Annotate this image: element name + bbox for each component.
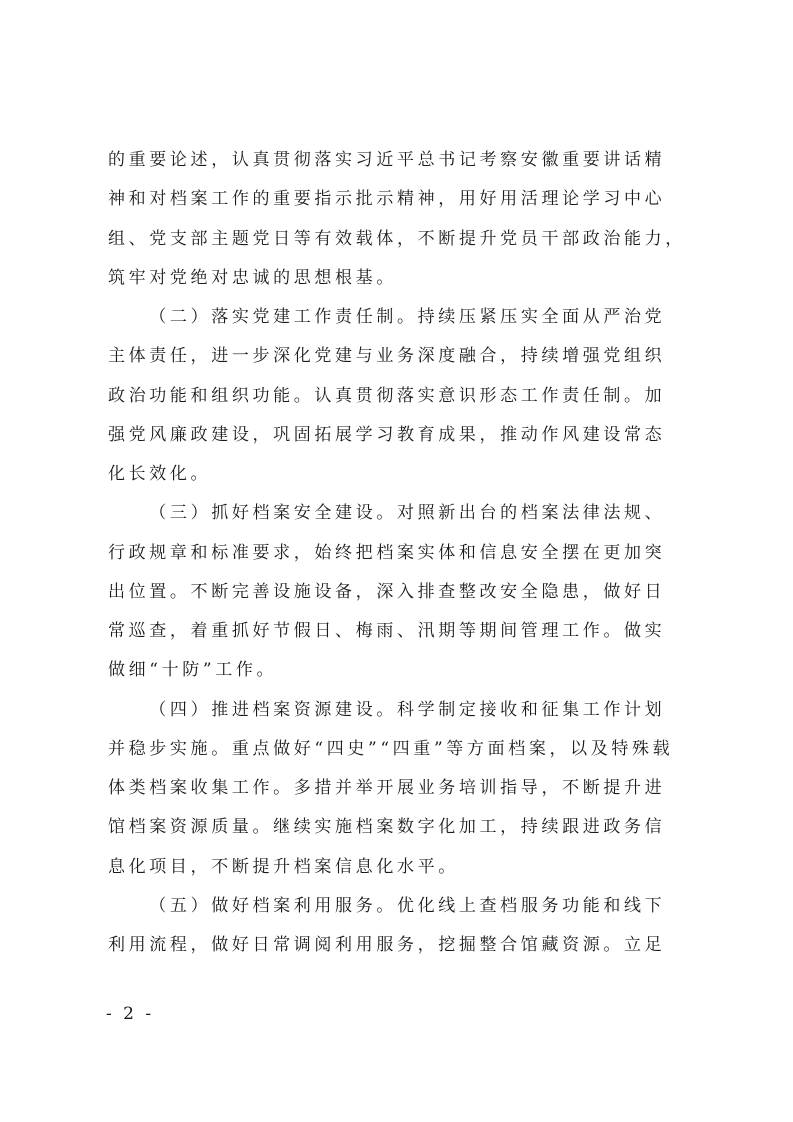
text-line: 化长效化。 bbox=[108, 455, 708, 494]
text-line: 行政规章和标准要求，始终把档案实体和信息安全摆在更加突 bbox=[108, 534, 708, 573]
paragraph-4-archive-resources: （四）推进档案资源建设。科学制定接收和征集工作计划 并稳步实施。重点做好“四史”… bbox=[108, 691, 708, 887]
text-line: 的重要论述，认真贯彻落实习近平总书记考察安徽重要讲话精 bbox=[108, 141, 708, 180]
paragraph-5-archive-services: （五）做好档案利用服务。优化线上查档服务功能和线下 利用流程，做好日常调阅利用服… bbox=[108, 887, 708, 966]
text-line: 强党风廉政建设，巩固拓展学习教育成果，推动作风建设常态 bbox=[108, 416, 708, 455]
text-line: 体类档案收集工作。多措并举开展业务培训指导，不断提升进 bbox=[108, 769, 708, 808]
text-line: 神和对档案工作的重要指示批示精神，用好用活理论学习中心 bbox=[108, 180, 708, 219]
text-line: 政治功能和组织功能。认真贯彻落实意识形态工作责任制。加 bbox=[108, 377, 708, 416]
page-number: - 2 - bbox=[106, 1004, 154, 1024]
text-line: （四）推进档案资源建设。科学制定接收和征集工作计划 bbox=[108, 691, 708, 730]
text-line: 馆档案资源质量。继续实施档案数字化加工，持续跟进政务信 bbox=[108, 808, 708, 847]
text-line: （二）落实党建工作责任制。持续压紧压实全面从严治党 bbox=[108, 298, 708, 337]
body-text: 的重要论述，认真贯彻落实习近平总书记考察安徽重要讲话精 神和对档案工作的重要指示… bbox=[108, 141, 708, 965]
text-line: 筑牢对党绝对忠诚的思想根基。 bbox=[108, 259, 708, 298]
text-line: 息化项目，不断提升档案信息化水平。 bbox=[108, 848, 708, 887]
paragraph-3-archive-security: （三）抓好档案安全建设。对照新出台的档案法律法规、 行政规章和标准要求，始终把档… bbox=[108, 494, 708, 690]
text-line: 做细“十防”工作。 bbox=[108, 651, 708, 690]
text-line: 组、党支部主题党日等有效载体，不断提升党员干部政治能力， bbox=[108, 220, 708, 259]
paragraph-1-continued: 的重要论述，认真贯彻落实习近平总书记考察安徽重要讲话精 神和对档案工作的重要指示… bbox=[108, 141, 708, 298]
text-line: 利用流程，做好日常调阅利用服务，挖掘整合馆藏资源。立足 bbox=[108, 926, 708, 965]
text-line: 并稳步实施。重点做好“四史”“四重”等方面档案，以及特殊载 bbox=[108, 730, 708, 769]
text-line: （五）做好档案利用服务。优化线上查档服务功能和线下 bbox=[108, 887, 708, 926]
paragraph-2-party-building: （二）落实党建工作责任制。持续压紧压实全面从严治党 主体责任，进一步深化党建与业… bbox=[108, 298, 708, 494]
text-line: 主体责任，进一步深化党建与业务深度融合，持续增强党组织 bbox=[108, 337, 708, 376]
text-line: （三）抓好档案安全建设。对照新出台的档案法律法规、 bbox=[108, 494, 708, 533]
text-line: 常巡查，着重抓好节假日、梅雨、汛期等期间管理工作。做实 bbox=[108, 612, 708, 651]
text-line: 出位置。不断完善设施设备，深入排查整改安全隐患，做好日 bbox=[108, 573, 708, 612]
document-page: 的重要论述，认真贯彻落实习近平总书记考察安徽重要讲话精 神和对档案工作的重要指示… bbox=[0, 0, 793, 1122]
